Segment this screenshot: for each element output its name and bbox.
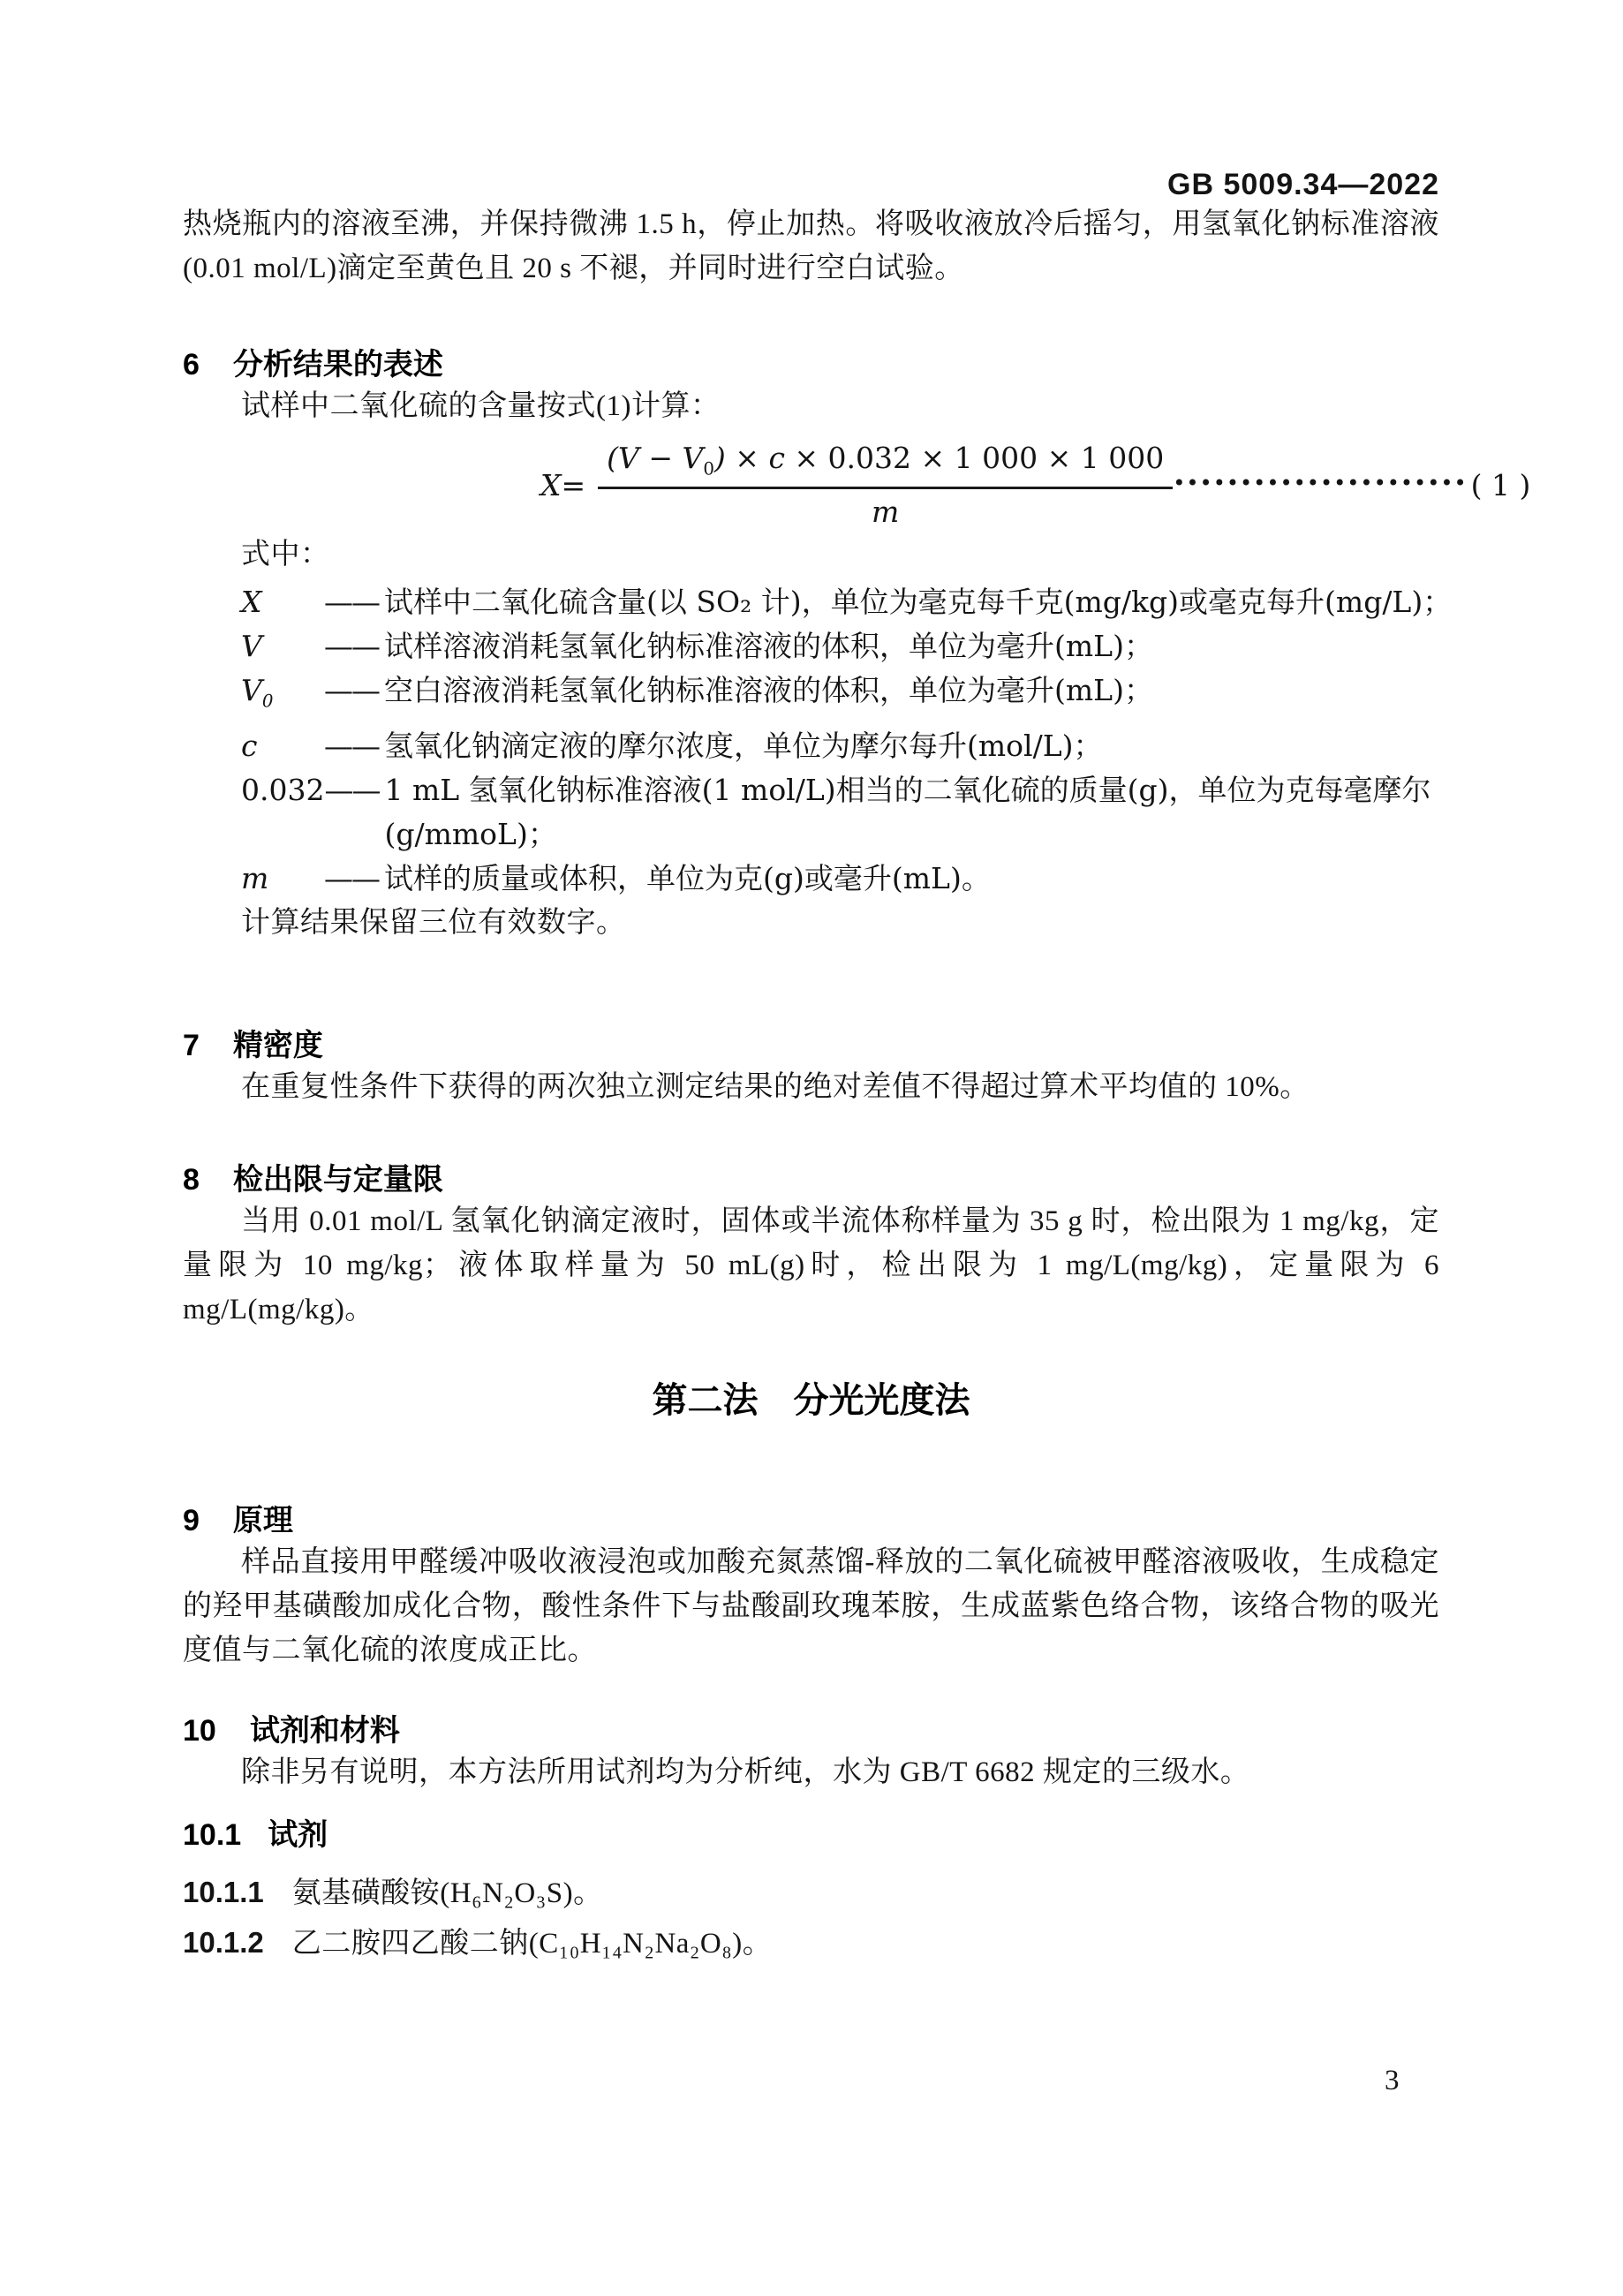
- section-7-number: 7: [183, 1026, 200, 1065]
- definition-text: 氢氧化钠滴定液的摩尔浓度，单位为摩尔每升(mol/L)；: [384, 724, 1103, 768]
- section-8-paragraph: 当用 0.01 mol/L 氢氧化钠滴定液时，固体或半流体称样量为 35 g 时…: [183, 1199, 1439, 1332]
- definition-row-x: X —— 试样中二氧化硫含量(以 SO₂ 计)，单位为毫克每千克(mg/kg)或…: [241, 580, 1439, 624]
- section-7-heading: 7 精密度: [183, 1026, 1439, 1065]
- standard-number: GB 5009.34—2022: [1167, 168, 1439, 201]
- item-10-1-2-number: 10.1.2: [183, 1921, 264, 1965]
- definition-text: 试样中二氧化硫含量(以 SO₂ 计)，单位为毫克每千克(mg/kg)或毫克每升(…: [384, 580, 1452, 624]
- item-10-1-1-number: 10.1.1: [183, 1870, 264, 1915]
- section-6-number: 6: [183, 345, 200, 384]
- formula-intro: 试样中二氧化硫的含量按式(1)计算：: [183, 384, 1439, 428]
- section-10-1-title: 试剂: [268, 1816, 328, 1854]
- standard-document-page: GB 5009.34—2022 热烧瓶内的溶液至沸，并保持微沸 1.5 h，停止…: [0, 0, 1623, 2296]
- equation-number: ( 1 ): [1471, 468, 1531, 502]
- formula-fraction: (V − V0) × c × 0.032 × 1 000 × 1 000 m: [598, 441, 1173, 529]
- term-m: m: [241, 857, 324, 901]
- v0-subscript: 0: [262, 691, 274, 712]
- method-2-title: 第二法 分光光度法: [183, 1379, 1439, 1422]
- section-10-title: 试剂和材料: [250, 1711, 400, 1750]
- definition-text: 空白溶液消耗氢氧化钠标准溶液的体积，单位为毫升(mL)；: [384, 668, 1153, 724]
- definition-text-line2: (g/mmoL)；: [384, 812, 1431, 857]
- term-c: c: [241, 724, 324, 768]
- item-10-1-2-text: 乙二胺四乙酸二钠(C₁₀H₁₄N₂Na₂O₈)。: [292, 1922, 773, 1966]
- definition-row-c: c —— 氢氧化钠滴定液的摩尔浓度，单位为摩尔每升(mol/L)；: [241, 724, 1439, 768]
- formula-denominator: m: [872, 489, 899, 529]
- v0-subscript: 0: [703, 459, 714, 480]
- formula-1: X = (V − V0) × c × 0.032 × 1 000 × 1 000…: [540, 437, 1439, 532]
- section-9-paragraph: 样品直接用甲醛缓冲吸收液浸泡或加酸充氮蒸馏-释放的二氧化硫被甲醛溶液吸收，生成稳…: [183, 1540, 1439, 1673]
- section-10-number: 10: [183, 1711, 216, 1750]
- section-7-title: 精密度: [233, 1026, 323, 1065]
- page-number: 3: [1385, 2065, 1400, 2097]
- definition-dash: ——: [324, 624, 384, 668]
- page-header: GB 5009.34—2022: [183, 168, 1439, 202]
- calculation-note: 计算结果保留三位有效数字。: [183, 901, 1439, 945]
- section-8-title: 检出限与定量限: [233, 1160, 443, 1199]
- item-10-1-1-text: 氨基磺酸铵(H₆N₂O₃S)。: [292, 1871, 603, 1915]
- term-v0: V0: [241, 668, 324, 724]
- definition-dash: ——: [324, 580, 384, 624]
- definition-row-v: V —— 试样溶液消耗氢氧化钠标准溶液的体积，单位为毫升(mL)；: [241, 624, 1439, 668]
- term-x: X: [241, 580, 324, 624]
- definition-text: 试样的质量或体积，单位为克(g)或毫升(mL)。: [384, 857, 991, 901]
- section-9-number: 9: [183, 1501, 200, 1540]
- paragraph-continued: 热烧瓶内的溶液至沸，并保持微沸 1.5 h，停止加热。将吸收液放冷后摇匀，用氢氧…: [183, 202, 1439, 291]
- item-10-1-1: 10.1.1 氨基磺酸铵(H₆N₂O₃S)。: [183, 1870, 1439, 1915]
- term-0032: 0.032: [241, 768, 324, 857]
- definition-row-0032: 0.032 —— 1 mL 氢氧化钠标准溶液(1 mol/L)相当的二氧化硫的质…: [241, 768, 1439, 857]
- section-9-title: 原理: [233, 1501, 293, 1540]
- term-v: V: [241, 624, 324, 668]
- definition-text: 1 mL 氢氧化钠标准溶液(1 mol/L)相当的二氧化硫的质量(g)，单位为克…: [384, 768, 1431, 857]
- definition-text: 试样溶液消耗氢氧化钠标准溶液的体积，单位为毫升(mL)；: [384, 624, 1153, 668]
- definition-row-m: m —— 试样的质量或体积，单位为克(g)或毫升(mL)。: [241, 857, 1439, 901]
- equation-leader: •••••••••••••••••••••• ( 1 ): [1173, 468, 1530, 502]
- section-10-1-number: 10.1: [183, 1816, 241, 1854]
- section-8-heading: 8 检出限与定量限: [183, 1160, 1439, 1199]
- section-6-title: 分析结果的表述: [233, 345, 443, 384]
- section-10-heading: 10 试剂和材料: [183, 1711, 1439, 1750]
- formula-numerator: (V − V0) × c × 0.032 × 1 000 × 1 000: [598, 441, 1173, 489]
- section-7-paragraph: 在重复性条件下获得的两次独立测定结果的绝对差值不得超过算术平均值的 10%。: [183, 1065, 1439, 1109]
- where-label: 式中：: [183, 532, 1439, 577]
- leader-dots: ••••••••••••••••••••••: [1173, 472, 1467, 494]
- formula-equals: =: [562, 468, 586, 502]
- definition-dash: ——: [324, 857, 384, 901]
- definition-dash: ——: [324, 768, 384, 857]
- symbol-definitions: X —— 试样中二氧化硫含量(以 SO₂ 计)，单位为毫克每千克(mg/kg)或…: [183, 580, 1439, 901]
- formula-lhs: X: [540, 468, 562, 502]
- page-content: GB 5009.34—2022 热烧瓶内的溶液至沸，并保持微沸 1.5 h，停止…: [183, 168, 1439, 1966]
- section-6-heading: 6 分析结果的表述: [183, 345, 1439, 384]
- definition-row-v0: V0 —— 空白溶液消耗氢氧化钠标准溶液的体积，单位为毫升(mL)；: [241, 668, 1439, 724]
- definition-dash: ——: [324, 668, 384, 724]
- section-9-heading: 9 原理: [183, 1501, 1439, 1540]
- item-10-1-2: 10.1.2 乙二胺四乙酸二钠(C₁₀H₁₄N₂Na₂O₈)。: [183, 1921, 1439, 1966]
- section-10-1-heading: 10.1 试剂: [183, 1816, 1439, 1854]
- section-8-number: 8: [183, 1160, 200, 1199]
- section-10-paragraph: 除非另有说明，本方法所用试剂均为分析纯，水为 GB/T 6682 规定的三级水。: [183, 1750, 1439, 1794]
- definition-dash: ——: [324, 724, 384, 768]
